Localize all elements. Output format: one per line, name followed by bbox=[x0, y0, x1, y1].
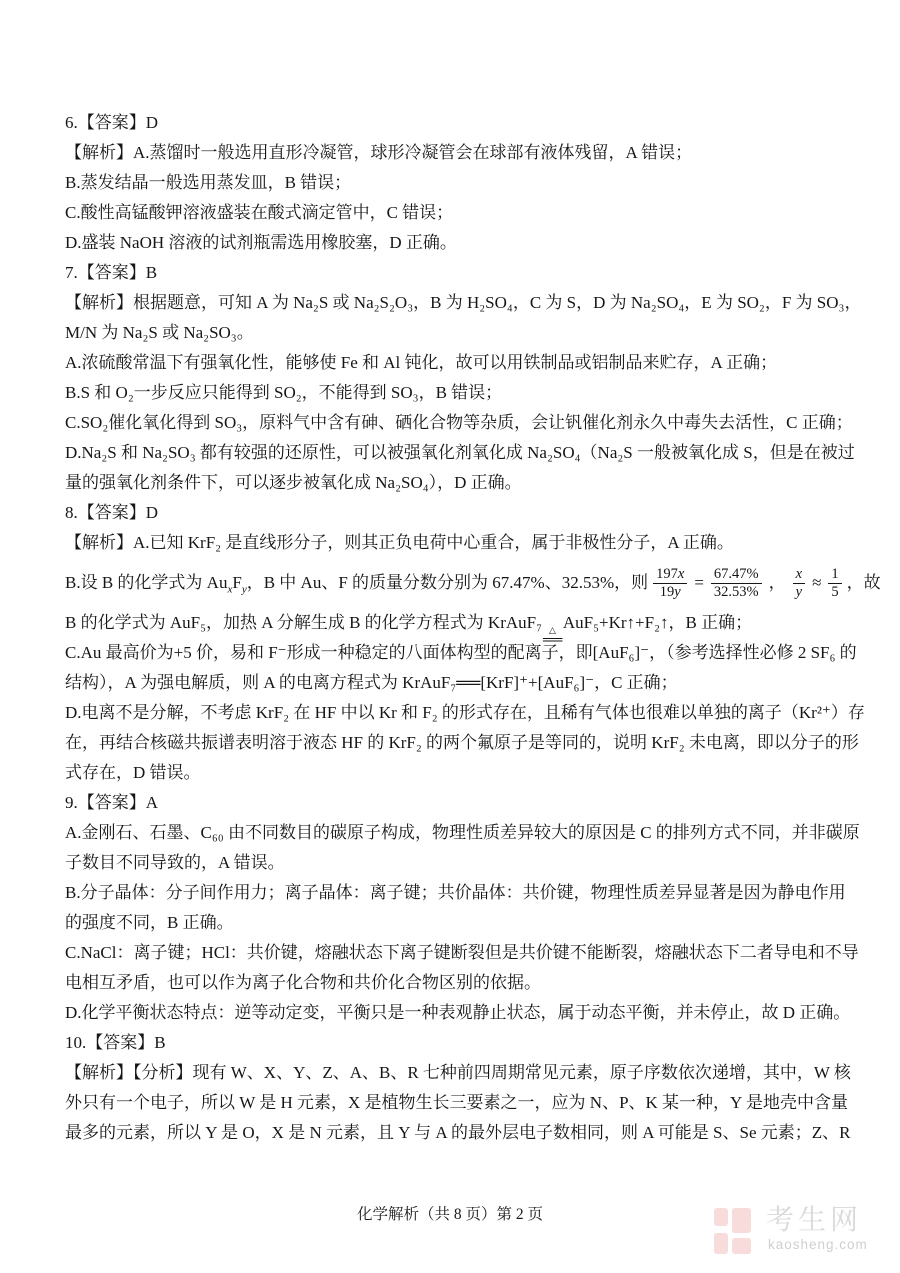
q7-explanation-d-line-1: D.Na₂S 和 Na₂SO₃ 都有较强的还原性，可以被强氧化剂氧化成 Na₂S… bbox=[65, 438, 845, 468]
q8-explanation-d-line-2: 在，再结合核磁共振谱表明溶于液态 HF 的 KrF₂ 的两个氟原子是等同的，说明… bbox=[65, 728, 845, 758]
fraction-molar-mass-ratio: 197x 19y bbox=[653, 566, 687, 600]
q8-explanation-b-equation-line: B 的化学式为 AuF₅，加热 A 分解生成 B 的化学方程式为 KrAuF₇△… bbox=[65, 608, 845, 638]
q8-explanation-d-line-3: 式存在，D 错误。 bbox=[65, 758, 845, 788]
q9-explanation-d: D.化学平衡状态特点：逆等动定变，平衡只是一种表观静止状态，属于动态平衡，并未停… bbox=[65, 998, 845, 1028]
q7-explanation-c: C.SO₂催化氧化得到 SO₃，原料气中含有砷、硒化合物等杂质，会让钒催化剂永久… bbox=[65, 408, 845, 438]
q8-explanation-c-line-2: 结构），A 为强电解质，则 A 的电离方程式为 KrAuF₇══[KrF]⁺+[… bbox=[65, 668, 845, 698]
text-run: B.设 B 的化学式为 AuxFy，B 中 Au、F 的质量分数分别为 67.4… bbox=[65, 568, 648, 598]
q6-explanation-b: B.蒸发结晶一般选用蒸发皿，B 错误； bbox=[65, 168, 845, 198]
answer-explanation-document: 6.【答案】D 【解析】A.蒸馏时一般选用直形冷凝管，球形冷凝管会在球部有液体残… bbox=[65, 108, 845, 1148]
q8-explanation-c-line-1: C.Au 最高价为+5 价，易和 F⁻形成一种稳定的八面体构型的配离子，即[Au… bbox=[65, 638, 845, 668]
q6-explanation-d: D.盛装 NaOH 溶液的试剂瓶需选用橡胶塞，D 正确。 bbox=[65, 228, 845, 258]
logo-block-top-left bbox=[714, 1208, 728, 1226]
q9-explanation-c-line-1: C.NaCl：离子键；HCl：共价键，熔融状态下离子键断裂但是共价键不能断裂，熔… bbox=[65, 938, 845, 968]
watermark-site-name: 考生网 bbox=[766, 1204, 862, 1236]
kaosheng-watermark: 考生网 kaosheng.com bbox=[714, 1206, 889, 1258]
q8-explanation-b-formula-line: B.设 B 的化学式为 AuxFy，B 中 Au、F 的质量分数分别为 67.4… bbox=[65, 558, 845, 608]
q9-answer-line: 9.【答案】A bbox=[65, 788, 845, 818]
q7-explanation-a: A.浓硫酸常温下有强氧化性，能够使 Fe 和 Al 钝化，故可以用铁制品或铝制品… bbox=[65, 348, 845, 378]
text-run: ，故 bbox=[847, 568, 881, 598]
text-run: AuF₅+Kr↑+F₂↑，B 正确； bbox=[563, 613, 752, 632]
q6-explanation-c: C.酸性高锰酸钾溶液盛装在酸式滴定管中，C 错误； bbox=[65, 198, 845, 228]
q8-explanation-a: 【解析】A.已知 KrF₂ 是直线形分子，则其正负电荷中心重合，属于非极性分子，… bbox=[65, 528, 845, 558]
kaosheng-logo-icon bbox=[714, 1208, 754, 1254]
logo-block-top-right bbox=[732, 1208, 751, 1233]
q8-answer-line: 8.【答案】D bbox=[65, 498, 845, 528]
q7-explanation-b: B.S 和 O₂一步反应只能得到 SO₂，不能得到 SO₃，B 错误； bbox=[65, 378, 845, 408]
comma: ， bbox=[769, 568, 786, 598]
logo-block-bottom-right bbox=[732, 1238, 751, 1254]
watermark-site-url: kaosheng.com bbox=[768, 1237, 868, 1253]
q7-explanation-d-line-2: 量的强氧化剂条件下，可以逐步被氧化成 Na₂SO₄），D 正确。 bbox=[65, 468, 845, 498]
fraction-mass-percent-ratio: 67.47% 32.53% bbox=[711, 566, 762, 600]
q9-explanation-b-line-1: B.分子晶体：分子间作用力；离子晶体：离子键；共价晶体：共价键，物理性质差异显著… bbox=[65, 878, 845, 908]
q7-answer-line: 7.【答案】B bbox=[65, 258, 845, 288]
q10-answer-line: 10.【答案】B bbox=[65, 1028, 845, 1058]
text-run: B 的化学式为 AuF₅，加热 A 分解生成 B 的化学方程式为 KrAuF₇ bbox=[65, 613, 542, 632]
logo-block-bottom-left bbox=[714, 1233, 728, 1254]
q9-explanation-a-line-1: A.金刚石、石墨、C₆₀ 由不同数目的碳原子构成，物理性质差异较大的原因是 C … bbox=[65, 818, 845, 848]
q9-explanation-c-line-2: 电相互矛盾，也可以作为离子化合物和共价化合物区别的依据。 bbox=[65, 968, 845, 998]
q7-explanation-line-1: 【解析】根据题意，可知 A 为 Na₂S 或 Na₂S₂O₃，B 为 H₂SO₄… bbox=[65, 288, 845, 318]
q10-explanation-line-3: 最多的元素，所以 Y 是 O，X 是 N 元素，且 Y 与 A 的最外层电子数相… bbox=[65, 1118, 845, 1148]
q9-explanation-a-line-2: 子数目不同导致的，A 错误。 bbox=[65, 848, 845, 878]
q9-explanation-b-line-2: 的强度不同，B 正确。 bbox=[65, 908, 845, 938]
fraction-one-fifth: 1 5 bbox=[828, 566, 841, 600]
equals-sign: = bbox=[694, 568, 704, 598]
q10-explanation-line-2: 外只有一个电子，所以 W 是 H 元素，X 是植物生长三要素之一，应为 N、P、… bbox=[65, 1088, 845, 1118]
q8-explanation-d-line-1: D.电离不是分解，不考虑 KrF₂ 在 HF 中以 Kr 和 F₂ 的形式存在，… bbox=[65, 698, 845, 728]
q10-explanation-line-1: 【解析】【分析】现有 W、X、Y、Z、A、B、R 七种前四周期常见元素，原子序数… bbox=[65, 1058, 845, 1088]
approx-sign: ≈ bbox=[812, 568, 821, 598]
q7-explanation-line-2: M/N 为 Na₂S 或 Na₂SO₃。 bbox=[65, 318, 845, 348]
q6-explanation-a: 【解析】A.蒸馏时一般选用直形冷凝管，球形冷凝管会在球部有液体残留，A 错误； bbox=[65, 138, 845, 168]
fraction-x-over-y: x y bbox=[793, 566, 805, 600]
q6-answer-line: 6.【答案】D bbox=[65, 108, 845, 138]
